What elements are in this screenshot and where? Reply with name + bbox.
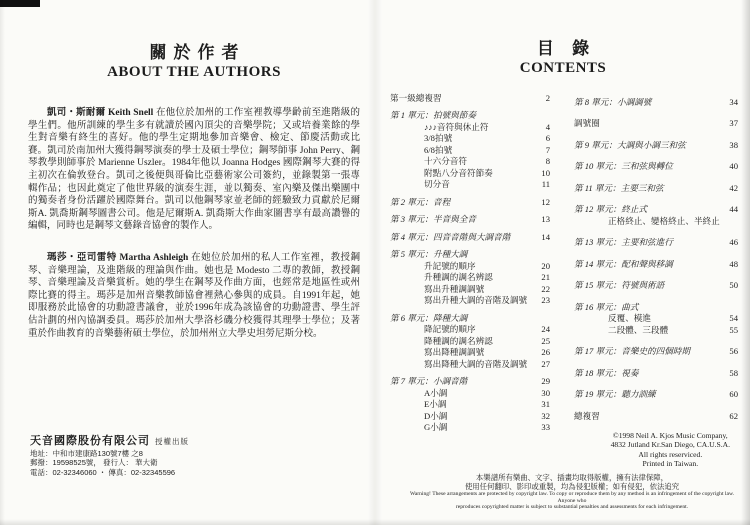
author-paragraph-keith-snell: 凱司・斯耐爾 Keith Snell 在他位於加州的工作室裡教導學齡前至進階級的… — [28, 107, 360, 233]
toc-entry-label: 第 2 單元：音程 — [390, 197, 532, 207]
toc-page-number: 40 — [720, 161, 738, 171]
toc-entry: 調號圈37 — [574, 118, 738, 128]
toc-page-number: 62 — [720, 411, 738, 421]
publisher-name-line: 天音國際股份有限公司授權出版 — [30, 437, 189, 447]
toc-entry-label: 降種調的調名辨認 — [390, 336, 532, 346]
toc-page-number: 54 — [720, 313, 738, 323]
contents-title: 目 錄 CONTENTS — [382, 34, 744, 77]
toc-entry-label: 寫出降種大調的音階及調號 — [390, 359, 532, 369]
toc-page-number: 60 — [720, 389, 738, 399]
toc-entry-label: 第 13 單元：主要和弦進行 — [574, 237, 720, 247]
about-title-en: ABOUT THE AUTHORS — [18, 64, 370, 81]
toc-entry-label: 寫出降種調調號 — [390, 347, 532, 357]
toc-entry-label: 十六分音符 — [390, 156, 532, 166]
author-bio-text: 在他位於加州的工作室裡教導學齡前至進階級的學生們。他所訓練的學生多有就讀於國內頂… — [28, 108, 360, 231]
table-of-contents: 第一級總複習2第 1 單元：拍號與節奏♪♪♪音符與休止符43/8拍號66/8拍號… — [382, 85, 744, 432]
toc-page-number: 37 — [720, 118, 738, 128]
copyright-line: 4832 Jutland Kr.San Diego, CA.U.S.A. — [611, 440, 730, 449]
toc-page-number: 44 — [720, 204, 738, 214]
publisher-phone-fax: 電話：02-32346060 ・ 傳真：02-32345596 — [30, 468, 189, 478]
toc-entry: 第 7 單元：小調音階29 — [390, 376, 550, 386]
toc-page-number: 13 — [532, 214, 550, 224]
toc-page-number: 38 — [720, 140, 738, 150]
toc-entry-label: 調號圈 — [574, 118, 720, 128]
about-title-zh: 關於作者 — [18, 38, 370, 63]
toc-entry: 第 16 單元：曲式 — [574, 302, 738, 312]
toc-entry-label: 第 5 單元：升種大調 — [390, 249, 532, 259]
book-spread-scan: 關於作者 ABOUT THE AUTHORS 凱司・斯耐爾 Keith Snel… — [0, 0, 750, 525]
author-bio-text: 在她位於加州的私人工作室裡，教授鋼琴、音樂理論，及進階級的理論與作曲。她也是 M… — [28, 253, 360, 339]
toc-sub-entry: 正格終止、變格終止、半終止 — [574, 216, 738, 226]
about-text: 凱司・斯耐爾 Keith Snell 在他位於加州的工作室裡教導學齡前至進階級的… — [28, 107, 360, 340]
toc-sub-entry: 切分音11 — [390, 179, 550, 189]
toc-entry: 第 8 單元：小調調號34 — [574, 97, 738, 107]
toc-entry-label: 第 8 單元：小調調號 — [574, 97, 720, 107]
copyright-line: ©1998 Neil A. Kjos Music Company, — [611, 431, 730, 440]
toc-sub-entry: ♪♪♪音符與休止符4 — [390, 122, 550, 132]
toc-sub-entry: 6/8拍號7 — [390, 145, 550, 155]
toc-entry-label: 第 15 單元：符號與術語 — [574, 280, 720, 290]
warning-line-zh: 使用任何翻印、影印或重製，均為侵犯版權；如有侵犯，依法追究 — [402, 482, 742, 491]
toc-sub-entry: 十六分音符8 — [390, 156, 550, 166]
toc-page-number: 34 — [720, 97, 738, 107]
toc-sub-entry: 降種調的調名辨認25 — [390, 336, 550, 346]
toc-page-number: 31 — [532, 399, 550, 409]
toc-sub-entry: 反覆、模進54 — [574, 313, 738, 323]
toc-entry: 第 4 單元：四音音階與大調音階14 — [390, 232, 550, 242]
toc-page-number: 14 — [532, 232, 550, 242]
contents-title-en: CONTENTS — [382, 60, 744, 77]
toc-sub-entry: 寫出降種調調號26 — [390, 347, 550, 357]
toc-entry-label: 第 12 單元：終止式 — [574, 204, 720, 214]
toc-entry-label: 第 18 單元：視奏 — [574, 368, 720, 378]
toc-sub-entry: 寫出升種調調號22 — [390, 284, 550, 294]
toc-page-number: 26 — [532, 347, 550, 357]
toc-entry: 第 11 單元：主要三和弦42 — [574, 183, 738, 193]
toc-sub-entry: A小調30 — [390, 388, 550, 398]
toc-entry-label: 第 9 單元：大調與小調三和弦 — [574, 140, 720, 150]
toc-page-number: 7 — [532, 145, 550, 155]
toc-entry-label: ♪♪♪音符與休止符 — [390, 122, 532, 132]
scan-right-edge-shadow — [741, 0, 750, 525]
toc-entry-label: 3/8拍號 — [390, 133, 532, 143]
toc-entry-label: 二段體、三段體 — [574, 325, 720, 335]
toc-sub-entry: G小調33 — [390, 422, 550, 432]
toc-sub-entry: 降記號的順序24 — [390, 324, 550, 334]
toc-page-number: 55 — [720, 325, 738, 335]
toc-page-number: 42 — [720, 183, 738, 193]
toc-entry: 第 14 單元：配和聲與移調48 — [574, 259, 738, 269]
toc-entry-label: E小調 — [390, 399, 532, 409]
toc-entry-label: 寫出升種大調的音階及調號 — [390, 295, 532, 305]
toc-entry-label: 總複習 — [574, 411, 720, 421]
author-paragraph-martha-ashleigh: 瑪莎・亞司雷特 Martha Ashleigh 在她位於加州的私人工作室裡，教授… — [28, 252, 360, 340]
right-page: 目 錄 CONTENTS 第一級總複習2第 1 單元：拍號與節奏♪♪♪音符與休止… — [382, 0, 744, 525]
toc-entry: 第一級總複習2 — [390, 93, 550, 103]
contents-title-zh: 目 錄 — [382, 34, 744, 59]
toc-entry: 總複習62 — [574, 411, 738, 421]
publisher-postal: 郵撥：19598525號， 發行人： 華大衛 — [30, 458, 189, 468]
copyright-warning-block: 本樂譜所有樂曲、文字、插畫均取得版權，擁有法律保障， 使用任何翻印、影印或重製，… — [402, 473, 742, 511]
toc-sub-entry: E小調31 — [390, 399, 550, 409]
toc-page-number: 6 — [532, 133, 550, 143]
toc-entry-label: 第 17 單元：音樂史的四個時期 — [574, 346, 720, 356]
toc-entry-label: 6/8拍號 — [390, 145, 532, 155]
toc-page-number: 8 — [532, 156, 550, 166]
toc-entry: 第 13 單元：主要和弦進行46 — [574, 237, 738, 247]
toc-entry: 第 17 單元：音樂史的四個時期56 — [574, 346, 738, 356]
toc-entry-label: 降記號的順序 — [390, 324, 532, 334]
copyright-block: ©1998 Neil A. Kjos Music Company, 4832 J… — [611, 431, 730, 469]
toc-page-number: 33 — [532, 422, 550, 432]
toc-entry-label: 第 7 單元：小調音階 — [390, 376, 532, 386]
copyright-line: Printed in Taiwan. — [611, 459, 730, 468]
toc-entry-label: 第 4 單元：四音音階與大調音階 — [390, 232, 532, 242]
toc-page-number: 58 — [720, 368, 738, 378]
toc-page-number: 56 — [720, 346, 738, 356]
toc-column-right: 第 8 單元：小調調號34調號圈37第 9 單元：大調與小調三和弦38第 10 … — [564, 85, 738, 432]
publisher-address: 地址：中和市建康路130號7樓 之8 — [30, 449, 189, 459]
toc-entry: 第 5 單元：升種大調 — [390, 249, 550, 259]
toc-entry-label: D小調 — [390, 411, 532, 421]
left-page: 關於作者 ABOUT THE AUTHORS 凱司・斯耐爾 Keith Snel… — [18, 0, 370, 525]
toc-entry-label: 升記號的順序 — [390, 261, 532, 271]
toc-page-number: 27 — [532, 359, 550, 369]
toc-entry-label: 第 6 單元：降種大調 — [390, 313, 532, 323]
toc-entry-label: 第 10 單元：三和弦與轉位 — [574, 161, 720, 171]
toc-sub-entry: 寫出升種大調的音階及調號23 — [390, 295, 550, 305]
toc-entry: 第 12 單元：終止式44 — [574, 204, 738, 214]
toc-sub-entry: 升記號的順序20 — [390, 261, 550, 271]
page-fold-shadow — [368, 0, 382, 525]
toc-sub-entry: 3/8拍號6 — [390, 133, 550, 143]
toc-entry-label: 第 3 單元：半音與全音 — [390, 214, 532, 224]
warning-line-en: reproduces copyrighted matter is subject… — [402, 504, 742, 511]
toc-sub-entry: 附點八分音符節奏10 — [390, 168, 550, 178]
toc-page-number: 21 — [532, 272, 550, 282]
toc-entry-label: 升種調的調名辨認 — [390, 272, 532, 282]
toc-page-number: 4 — [532, 122, 550, 132]
publisher-license: 授權出版 — [155, 437, 189, 446]
toc-page-number: 11 — [532, 179, 550, 189]
toc-page-number: 24 — [532, 324, 550, 334]
toc-entry-label: 切分音 — [390, 179, 532, 189]
toc-entry: 第 15 單元：符號與術語50 — [574, 280, 738, 290]
toc-entry-label: 第 1 單元：拍號與節奏 — [390, 110, 532, 120]
copyright-line: All rights reserviced. — [611, 450, 730, 459]
toc-entry-label: A小調 — [390, 388, 532, 398]
about-title: 關於作者 ABOUT THE AUTHORS — [18, 38, 370, 81]
toc-column-left: 第一級總複習2第 1 單元：拍號與節奏♪♪♪音符與休止符43/8拍號66/8拍號… — [390, 85, 564, 432]
toc-page-number: 22 — [532, 284, 550, 294]
toc-entry-label: 第 11 單元：主要三和弦 — [574, 183, 720, 193]
toc-entry-label: 寫出升種調調號 — [390, 284, 532, 294]
warning-line-en: Warning! These arrangements are protecte… — [402, 491, 742, 504]
warning-line-zh: 本樂譜所有樂曲、文字、插畫均取得版權，擁有法律保障， — [402, 473, 742, 482]
toc-page-number: 30 — [532, 388, 550, 398]
publisher-block: 天音國際股份有限公司授權出版 地址：中和市建康路130號7樓 之8 郵撥：195… — [30, 437, 189, 477]
toc-entry: 第 2 單元：音程12 — [390, 197, 550, 207]
toc-page-number: 29 — [532, 376, 550, 386]
toc-entry: 第 19 單元：聽力訓練60 — [574, 389, 738, 399]
toc-entry-label: 第 16 單元：曲式 — [574, 302, 720, 312]
toc-entry-label: 附點八分音符節奏 — [390, 168, 532, 178]
toc-entry: 第 6 單元：降種大調 — [390, 313, 550, 323]
toc-page-number: 12 — [532, 197, 550, 207]
toc-page-number: 10 — [532, 168, 550, 178]
toc-page-number: 25 — [532, 336, 550, 346]
toc-page-number: 48 — [720, 259, 738, 269]
toc-page-number: 20 — [532, 261, 550, 271]
publisher-name: 天音國際股份有限公司 — [30, 435, 150, 447]
toc-entry-label: 正格終止、變格終止、半終止 — [574, 216, 720, 226]
toc-entry-label: 第 19 單元：聽力訓練 — [574, 389, 720, 399]
toc-sub-entry: 寫出降種大調的音階及調號27 — [390, 359, 550, 369]
toc-entry-label: G小調 — [390, 422, 532, 432]
toc-sub-entry: 二段體、三段體55 — [574, 325, 738, 335]
toc-entry: 第 18 單元：視奏58 — [574, 368, 738, 378]
toc-sub-entry: D小調32 — [390, 411, 550, 421]
author-name: 瑪莎・亞司雷特 Martha Ashleigh — [47, 253, 191, 263]
toc-page-number: 46 — [720, 237, 738, 247]
toc-page-number: 2 — [532, 93, 550, 103]
toc-entry: 第 3 單元：半音與全音13 — [390, 214, 550, 224]
toc-page-number: 32 — [532, 411, 550, 421]
toc-page-number: 23 — [532, 295, 550, 305]
toc-entry-label: 反覆、模進 — [574, 313, 720, 323]
scan-left-edge-shadow — [0, 0, 5, 525]
toc-entry: 第 9 單元：大調與小調三和弦38 — [574, 140, 738, 150]
toc-page-number: 50 — [720, 280, 738, 290]
toc-sub-entry: 升種調的調名辨認21 — [390, 272, 550, 282]
toc-entry-label: 第一級總複習 — [390, 93, 532, 103]
toc-entry-label: 第 14 單元：配和聲與移調 — [574, 259, 720, 269]
author-name: 凱司・斯耐爾 Keith Snell — [47, 108, 156, 118]
toc-entry: 第 1 單元：拍號與節奏 — [390, 110, 550, 120]
scan-bottom-edge-shadow — [0, 519, 750, 525]
toc-entry: 第 10 單元：三和弦與轉位40 — [574, 161, 738, 171]
